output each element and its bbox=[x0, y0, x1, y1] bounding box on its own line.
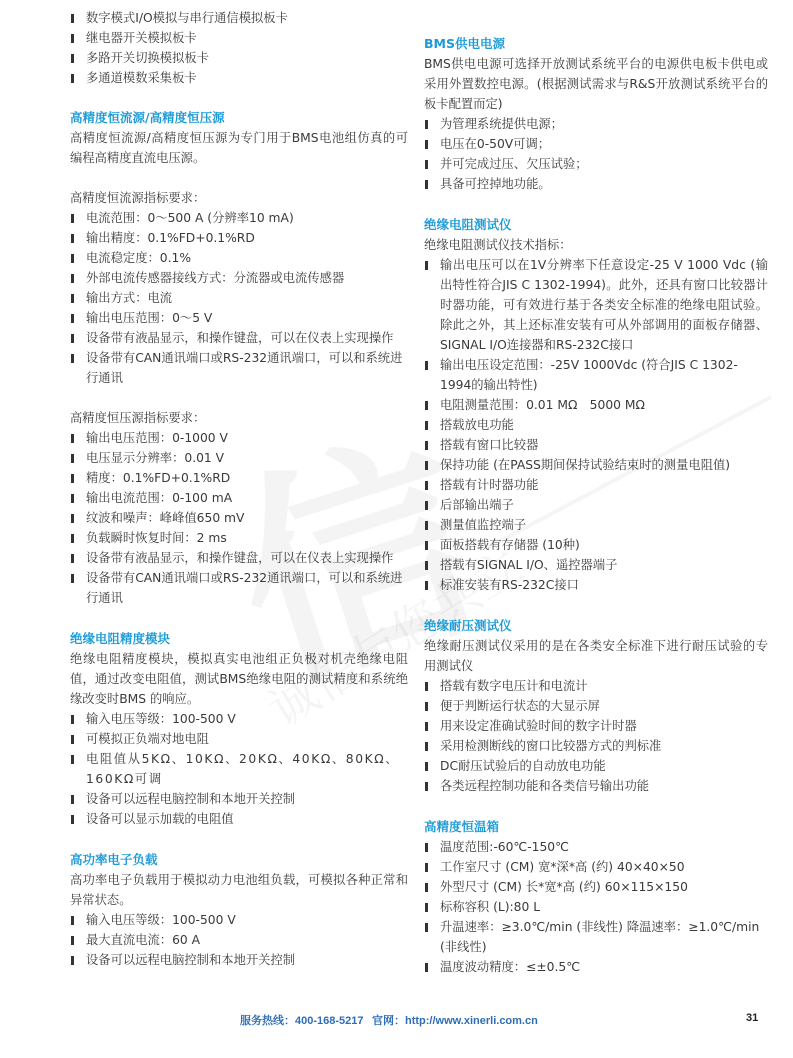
voltage-spec-heading: 高精度恒压源指标要求： bbox=[70, 408, 408, 428]
bullet-icon bbox=[425, 461, 428, 470]
bullet-icon bbox=[71, 735, 74, 744]
bullet-icon bbox=[71, 474, 74, 483]
bullet-icon bbox=[71, 294, 74, 303]
list-item: 设备带有液晶显示，和操作键盘，可以在仪表上实现操作 bbox=[70, 328, 408, 348]
list-item: 面板搭载有存储器 (10种) bbox=[424, 535, 768, 555]
list-item: 输出电压设定范围：-25V 1000Vdc (符合JIS C 1302-1994… bbox=[424, 355, 768, 395]
card-list: 数字模式I/O模拟与串行通信模拟板卡 继电器开关模拟板卡 多路开关切换模拟板卡 … bbox=[70, 8, 408, 88]
list-item: 继电器开关模拟板卡 bbox=[70, 28, 408, 48]
page-footer: 服务热线：400-168-5217 官网：http://www.xinerli.… bbox=[0, 1012, 793, 1030]
left-column: 数字模式I/O模拟与串行通信模拟板卡 继电器开关模拟板卡 多路开关切换模拟板卡 … bbox=[70, 8, 408, 991]
bullet-icon bbox=[425, 361, 428, 370]
list-item: 设备带有CAN通讯端口或RS-232通讯端口，可以和系统进行通讯 bbox=[70, 568, 408, 608]
section-heading: 绝缘电阻测试仪 bbox=[424, 215, 768, 235]
bullet-icon bbox=[425, 923, 428, 932]
list-item: 保持功能 (在PASS期间保持试验结束时的测量电阻值) bbox=[424, 455, 768, 475]
section-heading: BMS供电电源 bbox=[424, 34, 768, 54]
card-list-section: 数字模式I/O模拟与串行通信模拟板卡 继电器开关模拟板卡 多路开关切换模拟板卡 … bbox=[70, 8, 408, 88]
ir-tester-list: 输出电压可以在1V分辨率下任意设定-25 V 1000 Vdc (输出特性符合J… bbox=[424, 255, 768, 595]
list-item: 采用检测断线的窗口比较器方式的判标准 bbox=[424, 736, 768, 756]
bullet-icon bbox=[425, 883, 428, 892]
bms-power-list: 为管理系统提供电源； 电压在0-50V可调； 并可完成过压、欠压试验； 具备可控… bbox=[424, 114, 768, 194]
voltage-spec-list: 输出电压范围：0-1000 V 电压显示分辨率：0.01 V 精度：0.1%FD… bbox=[70, 428, 408, 608]
list-item: 搭载有窗口比较器 bbox=[424, 435, 768, 455]
list-item: 测量值监控端子 bbox=[424, 515, 768, 535]
bullet-icon bbox=[425, 843, 428, 852]
bullet-icon bbox=[71, 956, 74, 965]
list-item: 多通道模数采集板卡 bbox=[70, 68, 408, 88]
list-item: 输出电压范围：0～5 V bbox=[70, 308, 408, 328]
bullet-icon bbox=[425, 722, 428, 731]
hp-source-section: 高精度恒流源/高精度恒压源 高精度恒流源/高精度恒压源为专门用于BMS电池组仿真… bbox=[70, 108, 408, 608]
bullet-icon bbox=[71, 916, 74, 925]
list-item: 用来设定准确试验时间的数字计时器 bbox=[424, 716, 768, 736]
bullet-icon bbox=[425, 903, 428, 912]
list-item: 温度波动精度：≤±0.5℃ bbox=[424, 957, 768, 977]
section-description: 绝缘电阻测试仪技术指标： bbox=[424, 235, 768, 255]
current-spec-list: 电流范围：0～500 A (分辨率10 mA) 输出精度：0.1%FD+0.1%… bbox=[70, 208, 408, 388]
list-item: 外型尺寸 (CM) 长*宽*高 (约) 60×115×150 bbox=[424, 877, 768, 897]
list-item: 标准安装有RS-232C接口 bbox=[424, 575, 768, 595]
bullet-icon bbox=[71, 936, 74, 945]
bullet-icon bbox=[425, 682, 428, 691]
section-description: 绝缘电阻精度模块，模拟真实电池组正负极对机壳绝缘电阻值，通过改变电阻值，测试BM… bbox=[70, 649, 408, 709]
bullet-icon bbox=[71, 14, 74, 23]
bullet-icon bbox=[71, 815, 74, 824]
bullet-icon bbox=[425, 501, 428, 510]
list-item: 电压显示分辨率：0.01 V bbox=[70, 448, 408, 468]
list-item: 电压在0-50V可调； bbox=[424, 134, 768, 154]
list-item: 搭载有SIGNAL I/O、遥控器端子 bbox=[424, 555, 768, 575]
list-item: 电阻测量范围：0.01 MΩ 5000 MΩ bbox=[424, 395, 768, 415]
eload-section: 高功率电子负载 高功率电子负载用于模拟动力电池组负载，可模拟各种正常和异常状态。… bbox=[70, 850, 408, 970]
list-item: 搭载放电功能 bbox=[424, 415, 768, 435]
bullet-icon bbox=[425, 963, 428, 972]
list-item: 输出电压范围：0-1000 V bbox=[70, 428, 408, 448]
list-item: 外部电流传感器接线方式：分流器或电流传感器 bbox=[70, 268, 408, 288]
list-item: 搭载有计时器功能 bbox=[424, 475, 768, 495]
bullet-icon bbox=[71, 314, 74, 323]
bullet-icon bbox=[425, 180, 428, 189]
list-item: 工作室尺寸 (CM) 宽*深*高 (约) 40×40×50 bbox=[424, 857, 768, 877]
bullet-icon bbox=[71, 354, 74, 363]
section-heading: 绝缘电阻精度模块 bbox=[70, 629, 408, 649]
bms-power-section: BMS供电电源 BMS供电电源可选择开放测试系统平台的电源供电板卡供电或采用外置… bbox=[424, 34, 768, 194]
chamber-list: 温度范围:-60℃-150℃ 工作室尺寸 (CM) 宽*深*高 (约) 40×4… bbox=[424, 837, 768, 977]
bullet-icon bbox=[71, 795, 74, 804]
bullet-icon bbox=[425, 521, 428, 530]
list-item: 各类远程控制功能和各类信号输出功能 bbox=[424, 776, 768, 796]
list-item: 纹波和噪声：峰峰值650 mV bbox=[70, 508, 408, 528]
list-item: 设备可以显示加载的电阻值 bbox=[70, 809, 408, 829]
list-item: 温度范围:-60℃-150℃ bbox=[424, 837, 768, 857]
bullet-icon bbox=[71, 755, 74, 764]
bullet-icon bbox=[71, 74, 74, 83]
list-item: DC耐压试验后的自动放电功能 bbox=[424, 756, 768, 776]
eload-list: 输入电压等级：100-500 V 最大直流电流：60 A 设备可以远程电脑控制和… bbox=[70, 910, 408, 970]
list-item: 为管理系统提供电源； bbox=[424, 114, 768, 134]
bullet-icon bbox=[71, 434, 74, 443]
bullet-icon bbox=[425, 702, 428, 711]
insulation-module-list: 输入电压等级：100-500 V 可模拟正负端对地电阻 电阻值从5KΩ、10KΩ… bbox=[70, 709, 408, 829]
list-item: 电流范围：0～500 A (分辨率10 mA) bbox=[70, 208, 408, 228]
bullet-icon bbox=[425, 120, 428, 129]
bullet-icon bbox=[71, 554, 74, 563]
list-item: 电阻值从5KΩ、10KΩ、20KΩ、40KΩ、80KΩ、160KΩ可调 bbox=[70, 749, 408, 789]
bullet-icon bbox=[71, 234, 74, 243]
bullet-icon bbox=[425, 160, 428, 169]
insulation-module-section: 绝缘电阻精度模块 绝缘电阻精度模块，模拟真实电池组正负极对机壳绝缘电阻值，通过改… bbox=[70, 629, 408, 829]
list-item: 具备可控掉地功能。 bbox=[424, 174, 768, 194]
bullet-icon bbox=[425, 421, 428, 430]
bullet-icon bbox=[71, 34, 74, 43]
hipot-tester-section: 绝缘耐压测试仪 绝缘耐压测试仪采用的是在各类安全标准下进行耐压试验的专用测试仪 … bbox=[424, 616, 768, 796]
list-item: 输入电压等级：100-500 V bbox=[70, 709, 408, 729]
bullet-icon bbox=[71, 334, 74, 343]
current-spec-heading: 高精度恒流源指标要求： bbox=[70, 188, 408, 208]
bullet-icon bbox=[425, 541, 428, 550]
list-item: 设备带有液晶显示，和操作键盘，可以在仪表上实现操作 bbox=[70, 548, 408, 568]
bullet-icon bbox=[425, 581, 428, 590]
list-item: 输出方式：电流 bbox=[70, 288, 408, 308]
list-item: 多路开关切换模拟板卡 bbox=[70, 48, 408, 68]
list-item: 输出电流范围：0-100 mA bbox=[70, 488, 408, 508]
page-number: 31 bbox=[746, 1012, 758, 1024]
bullet-icon bbox=[71, 514, 74, 523]
bullet-icon bbox=[71, 494, 74, 503]
list-item: 最大直流电流：60 A bbox=[70, 930, 408, 950]
list-item: 标称容积 (L):80 L bbox=[424, 897, 768, 917]
list-item: 输出精度：0.1%FD+0.1%RD bbox=[70, 228, 408, 248]
section-heading: 高精度恒流源/高精度恒压源 bbox=[70, 108, 408, 128]
list-item: 电流稳定度：0.1% bbox=[70, 248, 408, 268]
list-item: 设备带有CAN通讯端口或RS-232通讯端口，可以和系统进行通讯 bbox=[70, 348, 408, 388]
chamber-section: 高精度恒温箱 温度范围:-60℃-150℃ 工作室尺寸 (CM) 宽*深*高 (… bbox=[424, 817, 768, 977]
bullet-icon bbox=[425, 261, 428, 270]
right-column: BMS供电电源 BMS供电电源可选择开放测试系统平台的电源供电板卡供电或采用外置… bbox=[424, 8, 768, 998]
section-description: BMS供电电源可选择开放测试系统平台的电源供电板卡供电或采用外置数控电源。(根据… bbox=[424, 54, 768, 114]
section-heading: 高精度恒温箱 bbox=[424, 817, 768, 837]
list-item: 升温速率：≥3.0℃/min (非线性) 降温速率：≥1.0℃/min (非线性… bbox=[424, 917, 768, 957]
list-item: 后部输出端子 bbox=[424, 495, 768, 515]
list-item: 设备可以远程电脑控制和本地开关控制 bbox=[70, 789, 408, 809]
bullet-icon bbox=[425, 863, 428, 872]
bullet-icon bbox=[425, 782, 428, 791]
bullet-icon bbox=[71, 574, 74, 583]
section-description: 高功率电子负载用于模拟动力电池组负载，可模拟各种正常和异常状态。 bbox=[70, 870, 408, 910]
bullet-icon bbox=[425, 481, 428, 490]
ir-tester-section: 绝缘电阻测试仪 绝缘电阻测试仪技术指标： 输出电压可以在1V分辨率下任意设定-2… bbox=[424, 215, 768, 595]
section-heading: 绝缘耐压测试仪 bbox=[424, 616, 768, 636]
list-item: 搭载有数字电压计和电流计 bbox=[424, 676, 768, 696]
section-heading: 高功率电子负载 bbox=[70, 850, 408, 870]
section-description: 绝缘耐压测试仪采用的是在各类安全标准下进行耐压试验的专用测试仪 bbox=[424, 636, 768, 676]
bullet-icon bbox=[71, 54, 74, 63]
list-item: 并可完成过压、欠压试验； bbox=[424, 154, 768, 174]
bullet-icon bbox=[71, 454, 74, 463]
bullet-icon bbox=[425, 742, 428, 751]
list-item: 输入电压等级：100-500 V bbox=[70, 910, 408, 930]
list-item: 输出电压可以在1V分辨率下任意设定-25 V 1000 Vdc (输出特性符合J… bbox=[424, 255, 768, 355]
list-item: 数字模式I/O模拟与串行通信模拟板卡 bbox=[70, 8, 408, 28]
hipot-tester-list: 搭载有数字电压计和电流计 便于判断运行状态的大显示屏 用来设定准确试验时间的数字… bbox=[424, 676, 768, 796]
bullet-icon bbox=[71, 534, 74, 543]
website-link[interactable]: 官网：http://www.xinerli.com.cn bbox=[372, 1012, 538, 1028]
bullet-icon bbox=[71, 254, 74, 263]
list-item: 设备可以远程电脑控制和本地开关控制 bbox=[70, 950, 408, 970]
section-description: 高精度恒流源/高精度恒压源为专门用于BMS电池组仿真的可编程高精度直流电压源。 bbox=[70, 128, 408, 168]
bullet-icon bbox=[425, 401, 428, 410]
bullet-icon bbox=[425, 441, 428, 450]
list-item: 负载瞬时恢复时间：2 ms bbox=[70, 528, 408, 548]
bullet-icon bbox=[425, 561, 428, 570]
bullet-icon bbox=[71, 214, 74, 223]
service-hotline: 服务热线：400-168-5217 bbox=[240, 1012, 364, 1028]
list-item: 便于判断运行状态的大显示屏 bbox=[424, 696, 768, 716]
list-item: 精度：0.1%FD+0.1%RD bbox=[70, 468, 408, 488]
bullet-icon bbox=[71, 715, 74, 724]
list-item: 可模拟正负端对地电阻 bbox=[70, 729, 408, 749]
bullet-icon bbox=[425, 762, 428, 771]
bullet-icon bbox=[425, 140, 428, 149]
bullet-icon bbox=[71, 274, 74, 283]
